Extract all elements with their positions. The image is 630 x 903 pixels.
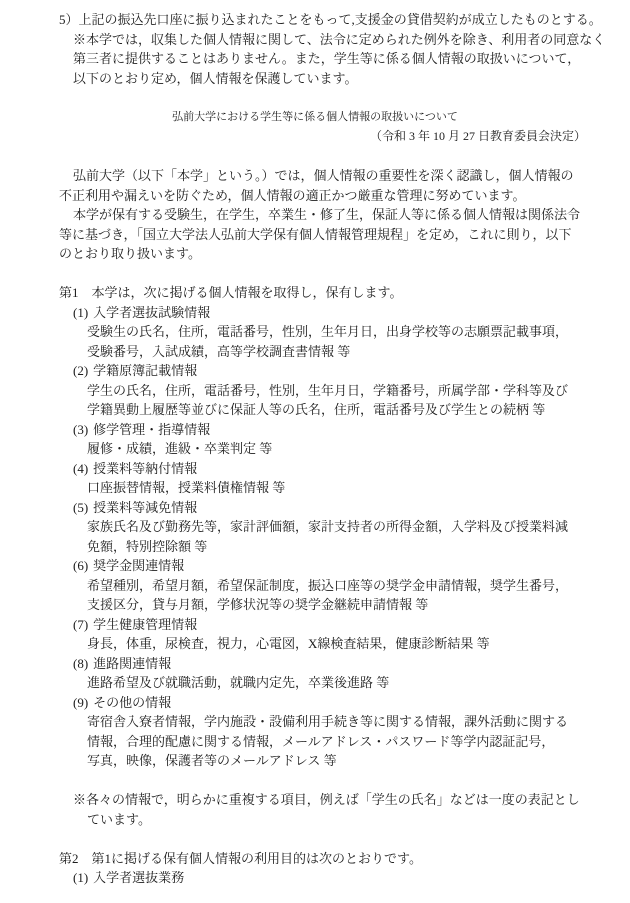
policy-title: 弘前大学における学生等に係る個人情報の取扱いについて bbox=[0, 108, 630, 128]
item-label: 進路関連情報 bbox=[93, 656, 171, 671]
document-page: 5）上記の振込先口座に振り込まれたことをもって,支援金の貸借契約が成立したものと… bbox=[0, 0, 630, 903]
item-detail-line: 口座振替情報，授業料債権情報 等 bbox=[87, 478, 630, 498]
item-number: (9) bbox=[73, 695, 88, 710]
section1-item-1: (1)入学者選抜試験情報 bbox=[73, 303, 630, 323]
item-number: (1) bbox=[73, 870, 88, 885]
privacy-note-line: 以下のとおり定め，個人情報を保護しています。 bbox=[73, 69, 630, 89]
item-detail-line: 履修・成績，進級・卒業判定 等 bbox=[87, 439, 630, 459]
dedup-note-line: ています。 bbox=[87, 810, 630, 830]
preamble-line: のとおり取り扱います。 bbox=[59, 244, 630, 264]
item-number: (2) bbox=[73, 363, 88, 378]
item-number: (6) bbox=[73, 558, 88, 573]
section1-item-8: (8)進路関連情報 bbox=[73, 654, 630, 674]
item-detail-line: 情報，合理的配慮に関する情報，メールアドレス・パスワード等学内認証記号， bbox=[87, 732, 630, 752]
item-number: (7) bbox=[73, 617, 88, 632]
section1-item-9: (9)その他の情報 bbox=[73, 693, 630, 713]
blank-line bbox=[59, 264, 630, 284]
item-number: (8) bbox=[73, 656, 88, 671]
item-detail-line: 家族氏名及び勤務先等，家計評価額，家計支持者の所得金額，入学料及び授業料減 bbox=[87, 517, 630, 537]
privacy-note-line: ※本学では，収集した個人情報に関して、法令に定められた例外を除き、利用者の同意な… bbox=[73, 30, 630, 50]
item-label: 奨学金関連情報 bbox=[93, 558, 184, 573]
item-label: 学籍原簿記載情報 bbox=[93, 363, 197, 378]
item-detail-line: 希望種別，希望月額，希望保証制度，振込口座等の奨学金申請情報，奨学生番号， bbox=[87, 576, 630, 596]
preamble-line: 不正利用や漏えいを防ぐため，個人情報の適正かつ厳重な管理に努めています。 bbox=[59, 186, 630, 206]
item-label: 修学管理・指導情報 bbox=[93, 422, 210, 437]
item-label: 入学者選抜業務 bbox=[93, 870, 184, 885]
item-detail-line: 学籍異動上履歴等並びに保証人等の氏名，住所，電話番号及び学生との続柄 等 bbox=[87, 400, 630, 420]
section2-heading: 第2 第1に掲げる保有個人情報の利用目的は次のとおりです。 bbox=[59, 849, 630, 869]
section1-item-4: (4)授業料等納付情報 bbox=[73, 459, 630, 479]
item-label: 授業料等納付情報 bbox=[93, 461, 197, 476]
item-detail-line: 写真，映像，保護者等のメールアドレス 等 bbox=[87, 751, 630, 771]
document-body: 5）上記の振込先口座に振り込まれたことをもって,支援金の貸借契約が成立したものと… bbox=[0, 0, 630, 888]
section1-item-3: (3)修学管理・指導情報 bbox=[73, 420, 630, 440]
blank-line bbox=[59, 88, 630, 108]
preamble-line: 弘前大学（以下「本学」という。）では，個人情報の重要性を深く認識し，個人情報の bbox=[73, 166, 630, 186]
preamble-line: 本学が保有する受験生，在学生，卒業生・修了生，保証人等に係る個人情報は関係法令 bbox=[73, 205, 630, 225]
item-number: (1) bbox=[73, 305, 88, 320]
clause-5-line: 5）上記の振込先口座に振り込まれたことをもって,支援金の貸借契約が成立したものと… bbox=[59, 10, 630, 30]
item-detail-line: 受験生の氏名，住所，電話番号，性別，生年月日，出身学校等の志願票記載事項， bbox=[87, 322, 630, 342]
item-number: (3) bbox=[73, 422, 88, 437]
item-detail-line: 受験番号，入試成績，高等学校調査書情報 等 bbox=[87, 342, 630, 362]
section1-item-6: (6)奨学金関連情報 bbox=[73, 556, 630, 576]
privacy-note-line: 第三者に提供することはありません。また，学生等に係る個人情報の取扱いについて， bbox=[73, 49, 630, 69]
item-detail-line: 身長，体重，尿検査，視力，心電図，X線検査結果，健康診断結果 等 bbox=[87, 634, 630, 654]
item-label: その他の情報 bbox=[93, 695, 171, 710]
item-detail-line: 進路希望及び就職活動，就職内定先，卒業後進路 等 bbox=[87, 673, 630, 693]
item-number: (5) bbox=[73, 500, 88, 515]
section1-item-5: (5)授業料等減免情報 bbox=[73, 498, 630, 518]
item-detail-line: 免額，特別控除額 等 bbox=[87, 537, 630, 557]
item-label: 学生健康管理情報 bbox=[93, 617, 197, 632]
item-label: 入学者選抜試験情報 bbox=[93, 305, 210, 320]
blank-line bbox=[59, 147, 630, 167]
item-detail-line: 寄宿舎入寮者情報，学内施設・設備利用手続き等に関する情報，課外活動に関する bbox=[87, 712, 630, 732]
item-detail-line: 学生の氏名，住所，電話番号，性別，生年月日，学籍番号，所属学部・学科等及び bbox=[87, 381, 630, 401]
item-number: (4) bbox=[73, 461, 88, 476]
section1-item-2: (2)学籍原簿記載情報 bbox=[73, 361, 630, 381]
section1-item-7: (7)学生健康管理情報 bbox=[73, 615, 630, 635]
blank-line bbox=[59, 771, 630, 791]
item-label: 授業料等減免情報 bbox=[93, 500, 197, 515]
blank-line bbox=[59, 829, 630, 849]
preamble-line: 等に基づき，「国立大学法人弘前大学保有個人情報管理規程」を定め，これに則り，以下 bbox=[59, 225, 630, 245]
section1-heading: 第1 本学は，次に掲げる個人情報を取得し，保有します。 bbox=[59, 283, 630, 303]
policy-decision-date: （令和 3 年 10 月 27 日教育委員会決定） bbox=[0, 127, 630, 147]
item-detail-line: 支援区分，貸与月額，学修状況等の奨学金継続申請情報 等 bbox=[87, 595, 630, 615]
section2-item-1: (1)入学者選抜業務 bbox=[73, 868, 630, 888]
dedup-note-line: ※各々の情報で，明らかに重複する項目，例えば「学生の氏名」などは一度の表記とし bbox=[73, 790, 630, 810]
